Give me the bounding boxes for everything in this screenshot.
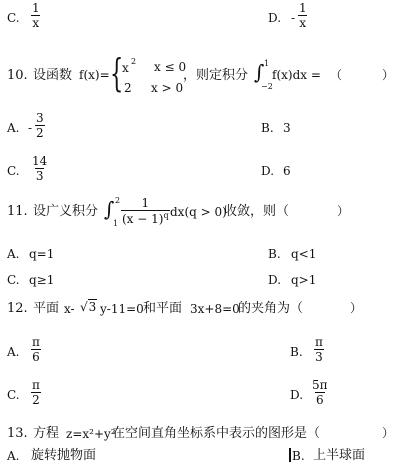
option-c-fraction: 1 x bbox=[31, 2, 41, 29]
option-b-value: 上半球面 bbox=[313, 449, 365, 462]
piece2-expr: 2 bbox=[124, 82, 132, 94]
denominator: 6 bbox=[315, 392, 325, 406]
integrand-fraction: 1 (x − 1)q bbox=[121, 197, 170, 225]
question-tail-text: 的夹角为（ bbox=[238, 302, 303, 315]
numerator: 1 bbox=[298, 2, 308, 15]
option-label-d: D. bbox=[261, 165, 274, 177]
question-number: 11. bbox=[7, 205, 28, 218]
question-lead: 设广义积分 bbox=[33, 205, 98, 218]
option-a-fraction: 3 2 bbox=[35, 112, 45, 139]
sqrt-expression: √3 bbox=[80, 300, 97, 314]
integral-upper-limit: 2 bbox=[115, 197, 120, 205]
option-label-b: B. bbox=[261, 122, 274, 134]
question-tail-text: 收敛，则（ bbox=[224, 205, 289, 218]
option-a-value: 旋转抛物面 bbox=[31, 449, 96, 462]
sqrt-icon: √ bbox=[80, 300, 88, 314]
question-lead: 设函数 bbox=[33, 69, 72, 82]
integral-sign: ∫ bbox=[254, 62, 264, 82]
denominator: x bbox=[31, 15, 40, 29]
denominator: (x − 1)q bbox=[121, 210, 170, 225]
numerator: π bbox=[314, 336, 324, 349]
denominator: 3 bbox=[35, 168, 45, 182]
denominator: 6 bbox=[31, 349, 41, 363]
numerator: 1 bbox=[31, 2, 41, 15]
option-d-value: q>1 bbox=[291, 274, 316, 286]
minus-sign: - bbox=[291, 12, 295, 24]
answer-blank-close: ） bbox=[337, 205, 349, 217]
option-label-a: A. bbox=[7, 450, 19, 462]
denominator: x bbox=[298, 15, 307, 29]
denominator: 2 bbox=[35, 125, 45, 139]
question-number: 12. bbox=[7, 302, 28, 315]
option-label-b: B. bbox=[290, 346, 303, 358]
option-label-a: A. bbox=[7, 346, 19, 358]
option-b-value: 3 bbox=[283, 122, 291, 134]
denominator-base: (x − 1) bbox=[122, 212, 163, 226]
numerator: 3 bbox=[35, 112, 45, 125]
option-d-fraction: 5π 6 bbox=[311, 379, 329, 406]
answer-blank-close: ） bbox=[382, 427, 394, 439]
option-label-b: B. bbox=[292, 450, 305, 462]
integral-lower-limit: 1 bbox=[113, 220, 118, 228]
integral-lower-limit: −2 bbox=[261, 83, 273, 91]
integral-sign: ∫ bbox=[104, 199, 114, 219]
equation: z=x²+y² bbox=[66, 428, 116, 440]
option-label-c: C. bbox=[7, 389, 20, 401]
option-label-d: D. bbox=[268, 12, 281, 24]
option-b-value: q<1 bbox=[291, 248, 316, 260]
numerator: 1 bbox=[140, 197, 150, 210]
plane-word: 平面 bbox=[33, 302, 59, 315]
function-name: f(x)= bbox=[79, 69, 110, 81]
option-c-fraction: 14 3 bbox=[31, 155, 48, 182]
sqrt-argument: 3 bbox=[88, 299, 98, 314]
numerator: π bbox=[31, 336, 41, 349]
option-label-a: A. bbox=[7, 248, 19, 260]
option-d-fraction: 1 x bbox=[298, 2, 308, 29]
and-plane-text: 和平面 bbox=[143, 302, 182, 315]
integral-upper-limit: 1 bbox=[264, 60, 269, 68]
option-c-fraction: π 2 bbox=[31, 379, 41, 406]
option-label-d: D. bbox=[268, 274, 281, 286]
numerator: 14 bbox=[31, 155, 48, 168]
integrand: f(x)dx = bbox=[272, 69, 321, 81]
text-cursor bbox=[289, 448, 291, 462]
numerator: π bbox=[31, 379, 41, 392]
denominator-exponent: q bbox=[163, 211, 168, 220]
option-label-c: C. bbox=[7, 12, 20, 24]
denominator: 3 bbox=[314, 349, 324, 363]
question-tail-text: 在空间直角坐标系中表示的图形是（ bbox=[112, 427, 320, 440]
piece1-exponent: 2 bbox=[131, 58, 136, 66]
denominator: 2 bbox=[31, 392, 41, 406]
option-label-b: B. bbox=[268, 248, 281, 260]
answer-blank-close: ） bbox=[350, 302, 362, 314]
plane1-expr-a: x- bbox=[64, 303, 75, 315]
plane1-expr-b: y-11=0 bbox=[100, 303, 144, 315]
option-a-fraction: π 6 bbox=[31, 336, 41, 363]
answer-blank-open: （ bbox=[330, 69, 342, 81]
numerator: 5π bbox=[311, 379, 329, 392]
option-label-c: C. bbox=[7, 274, 20, 286]
piece1-expr: x bbox=[122, 62, 129, 74]
option-d-value: 6 bbox=[283, 165, 291, 177]
plane2-expr: 3x+8=0 bbox=[190, 303, 240, 315]
question-mid-text: ，则定积分 bbox=[183, 69, 248, 82]
piece2-condition: x > 0 bbox=[151, 82, 183, 94]
minus-sign: - bbox=[28, 122, 32, 134]
option-b-fraction: π 3 bbox=[314, 336, 324, 363]
question-number: 13. bbox=[7, 427, 28, 440]
answer-blank-close: ） bbox=[382, 69, 394, 81]
option-label-c: C. bbox=[7, 165, 20, 177]
option-a-value: q=1 bbox=[29, 248, 54, 260]
piece1-condition: x ≤ 0 bbox=[154, 61, 186, 73]
question-lead: 方程 bbox=[33, 427, 59, 440]
option-c-value: q≥1 bbox=[29, 274, 54, 286]
integral-tail: dx(q > 0) bbox=[170, 206, 227, 218]
option-label-a: A. bbox=[7, 122, 19, 134]
question-number: 10. bbox=[7, 69, 28, 82]
option-label-d: D. bbox=[290, 389, 303, 401]
